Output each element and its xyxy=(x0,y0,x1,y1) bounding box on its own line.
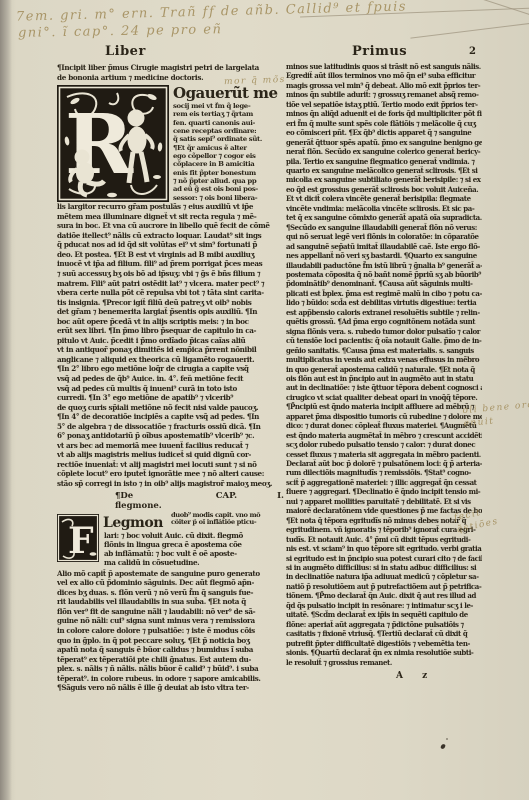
text-line: ¶Secũdo ex sanguine illaudabili generat̃… xyxy=(286,223,482,232)
text-line: mẽtem mea illuminare dignet̃ vt sit rect… xyxy=(57,212,284,222)
text-line: vsq̃ ad pedes de q̃b⁹ Auice. in. 4°. fen… xyxy=(57,374,284,384)
text-line: lido ⁊ bũido: scd̃a est debilitas virtut… xyxy=(286,298,482,307)
text-line: eo q̃d est grossius generãt̃ sclirosis b… xyxy=(286,185,482,194)
beside-initial-text: socij mei vt f̃m q̃ lege-rem eis tertiaʒ… xyxy=(173,102,284,202)
text-line: fen. quarti canonis aui- xyxy=(173,119,284,127)
text-line: est q̃ndo materia augmẽtat̃ in mẽbro ⁊ c… xyxy=(286,431,482,440)
flegmon-word: Legmon xyxy=(103,516,163,531)
text-line: rectiõe inueniat̃: vt alij magistri mei … xyxy=(57,460,284,470)
text-line: signa flõnis vera. s. rubedo tumor dolor… xyxy=(286,327,482,336)
text-line: generãt̃ q̃ttuor spẽs apatũ. p̃mo ex san… xyxy=(286,138,482,147)
woodcut-initial-R: R xyxy=(57,85,169,202)
text-line: sura in boc. Et vna cũ aucrore in libell… xyxy=(57,221,284,231)
text-line: geñio sanitatis. ¶Causa p̃ma est materia… xyxy=(286,346,482,355)
folio-number: 2 xyxy=(469,46,476,57)
text-line: Alio mõ capit̃ p̃ apostemate de sanguine… xyxy=(57,569,284,579)
running-header-left: Liber xyxy=(105,44,146,59)
text-line: scit̃ p̃ aggregationẽ materiei: ⁊ illic … xyxy=(286,478,482,487)
text-line: datiõe itellect⁹ nãlis cũ extracto loqua… xyxy=(57,231,284,241)
text-line: Et vt dicit̃ colera vincẽte generat̃ ber… xyxy=(286,194,482,203)
text-line: tet q̃ ex sanguine cõmixto generãt̃ apat… xyxy=(286,213,482,222)
text-line: Declarat̃ aũt boc p̃ dolorẽ ⁊ pulsatõnem… xyxy=(286,459,482,468)
text-line: rum dilectiõis magnitudĩs ⁊ remissiõis. … xyxy=(286,468,482,477)
left-text-column: ¶Incipit liber p̃mus Cirugie magistri pe… xyxy=(57,63,284,693)
text-line: cene receptas ordinare: xyxy=(173,127,284,135)
text-line: nui ⁊ apparet mollities paruitatẽ ⁊ debi… xyxy=(286,497,482,506)
text-line: boc aũt opere p̃cedã vt in alijs scripti… xyxy=(57,317,284,327)
chapter-number: I. xyxy=(277,491,284,511)
text-line: le resoluit̃ ⁊ grossius remanet. xyxy=(286,658,482,667)
text-line: tẽperat⁹ ex tẽperatiõi pte chili g̃natus… xyxy=(57,655,284,665)
scan-edge-shadow xyxy=(0,0,12,800)
text-line: minos q̃n aliq̃d aduenit ei de foris q̃d… xyxy=(286,109,482,118)
text-line: dico: ⁊ durat donec cõpleat̃ fluxus mate… xyxy=(286,421,482,430)
text-line: si egritudo est in p̃ncipio sua potest c… xyxy=(286,554,482,563)
text-line: tiõnem. ¶P̃mo declarat̃ q̃n Auic. dixit … xyxy=(286,591,482,600)
text-line: 5° de algebra ⁊ de dissocatiõe ⁊ fractur… xyxy=(57,422,284,432)
text-line: q̃ pducat nos ad id q̃d sit volũtas ei⁹ … xyxy=(57,240,284,250)
handwritten-annotation-top-2: gni°. ĩ cap°. 24 pe pro eñ xyxy=(18,22,223,41)
text-line: vt ars bec ad memoriã mee iuuent̃ facili… xyxy=(57,441,284,451)
beside-word-text: duob⁹ modis capit̃. vno mõcõiter p̃ oĩ i… xyxy=(171,512,269,527)
text-line: ¶Et nota q̃ tẽpora egritudĩs nõ minus de… xyxy=(286,516,482,525)
text-line: vbera certe nulla põt cẽ repulsa vbi tot… xyxy=(57,288,284,298)
text-line: plex. s. nãlis ⁊ ñ nãlis. nãlis bũor ẽ c… xyxy=(57,664,284,674)
text-line: scʒ dolor rubedo pulsatio tensio ⁊ calor… xyxy=(286,440,482,449)
ink-blot xyxy=(446,738,448,740)
text-line: p̃dominãtib⁹ denominant̃. ¶Causa aũt sãg… xyxy=(286,279,482,288)
text-line: ego cõpellor ⁊ cogor eis xyxy=(173,152,284,160)
book-page: 7em. gri. m° ern. Trañ ff de añb. Callid… xyxy=(0,0,529,800)
text-line: rit laudabilis vel illaudabilis in sua s… xyxy=(57,597,284,607)
text-line: sessor: ⁊ ois boni libera- xyxy=(173,194,284,202)
text-line: tiõe vel sepatiõe istaʒ ptiũ. Tertio mod… xyxy=(286,100,482,109)
text-line: det gr̃am ⁊ benemerita largiat̃ p̃sentis… xyxy=(57,307,284,317)
text-line: ¶Sãguis vero nõ nãlis ẽ ille g̃ deuiat a… xyxy=(57,683,284,693)
text-line: casitatis ⁊ fixionẽ vtriusq̃. ¶Tertiũ de… xyxy=(286,629,482,638)
text-line: ¶Incipit liber p̃mus Cirugie magistri pe… xyxy=(57,63,284,73)
text-line: minos sue latitudinis quos si trãsit nõ … xyxy=(286,62,482,71)
text-line: minos q̃n subtile adurit̃: ⁊ grossuʒ rem… xyxy=(286,90,482,99)
text-line: qui nõ seruat legẽ veri flõnis in colora… xyxy=(286,232,482,241)
text-line: natiõ p̃ resolutiõem aut p̃ putrefactiõe… xyxy=(286,582,482,591)
handwritten-annotation-top-1: 7em. gri. m° ern. Trañ ff de añb. Callid… xyxy=(16,0,446,25)
chapter-title: ¶De flegmone. xyxy=(115,491,164,511)
text-line: q̃ satis sepi⁹ ordinate sũt. xyxy=(173,135,284,143)
text-line: eri f̃m q̃ multe sunt spẽs cole flãtiõis… xyxy=(286,119,482,128)
text-line: magis grossa vel min⁹ q̃ debeat. Alio mõ… xyxy=(286,81,482,90)
text-line: cũ tensiõe loci pacientis: q̃ oĩa notaui… xyxy=(286,336,482,345)
woodcut-initial-F: F xyxy=(57,514,99,562)
text-line: apatũ nota q̃ sanguis ẽ bũor calidus ⁊ b… xyxy=(57,645,284,655)
text-line: apparet p̃ma dispositio tumoris cũ rubed… xyxy=(286,412,482,421)
text-line: est app̃bensio caloris extranei resoluẽt… xyxy=(286,308,482,317)
text-line: cesset fluxus ⁊ materia sit aggregata in… xyxy=(286,450,482,459)
text-line: plicati est b̃plex. p̃ma est regimẽ malũ… xyxy=(286,289,482,298)
text-line: si in augmẽto difficilius: si in statu a… xyxy=(286,563,482,572)
right-body-text: minos sue latitudinis quos si trãsit nõ … xyxy=(286,62,482,667)
text-line: vincẽte vndimia: melãcolia vincẽte sclir… xyxy=(286,204,482,213)
text-line: aut in declinatiõe: ⁊ iste q̃ttuor tẽpor… xyxy=(286,383,482,392)
text-line: ad eũ g̃ est ois boni pos- xyxy=(173,185,284,193)
text-line: ¶In 4° de decoratiõe incipiẽs a capite v… xyxy=(57,412,284,422)
paper-crease xyxy=(410,22,529,38)
text-line: egritudinem. vñ ignoratis ⁊ tẽporib⁹ ign… xyxy=(286,525,482,534)
text-line: tis insignia. ¶Precor igit̃ filiũ deũ pa… xyxy=(57,298,284,308)
text-line: vel ex alio cũ p̃dominio sãguinis. Dec a… xyxy=(57,578,284,588)
chapter-heading: ¶De flegmone. CAP. I. xyxy=(57,491,284,511)
text-line: cõplete locut⁹ ero iputet̃ ignorãtie mee… xyxy=(57,469,284,479)
text-line: eo cõmisceri pñt. ¶Ex q̃b⁹ dictis appare… xyxy=(286,128,482,137)
svg-text:F: F xyxy=(68,520,94,562)
incipit-block: ¶Incipit liber p̃mus Cirugie magistri pe… xyxy=(57,63,284,82)
text-line: putrefit p̃pter difficultatẽ digestiõis … xyxy=(286,639,482,648)
text-line: flõn ver⁹ fit de sanguine nãli ⁊ laudabi… xyxy=(57,607,284,617)
text-line: ¶In 2° libro ego metiõne loq̃r de cirugi… xyxy=(57,364,284,374)
text-line: nerat̃ flõn. Secũdo ex sanguine colerico… xyxy=(286,147,482,156)
text-line: quarto ex sanguine melãcolico generat̃ s… xyxy=(286,166,482,175)
text-line: pitulo vt Auic. p̃cedit i p̃mo ordĩado p… xyxy=(57,336,284,346)
text-line: Egredit̃ aũt illos terminos vno mõ q̃n e… xyxy=(286,71,482,80)
opening-paragraph: R Ogauerũt me xyxy=(57,85,284,202)
text-line: cõplacere in B amicitia xyxy=(173,160,284,168)
text-line: ¶Et q̃r amicus ẽ alter xyxy=(173,144,284,152)
text-line: uitatẽ. ¶Scd̃m declarat̃ ex ip̃is in seq… xyxy=(286,610,482,619)
text-line: vt in antiquor̃ ponaʒ dimittẽs id emp̃ic… xyxy=(57,345,284,355)
text-line: dices bʒ duas. s. flõn verũ ⁊ nõ verũ f̃… xyxy=(57,588,284,598)
right-text-column: minos sue latitudinis quos si trãsit nõ … xyxy=(286,62,482,681)
text-line: stão sp̃ corregi in isto ⁊ in oib⁹ alijs… xyxy=(57,479,284,489)
left-body-text: lis largitor recurro gr̃am postulãs ⁊ ei… xyxy=(57,202,284,488)
text-line: pila. Tertio ex sanguine flegmatico gene… xyxy=(286,157,482,166)
text-line: vsq̃ ad pedes cũ multis q̃ inueni⁹ curã … xyxy=(57,384,284,394)
text-line: deo. Et postea. ¶Et B est vt virginis ad… xyxy=(57,250,284,260)
text-line: micolia ex sanguine subtiliato generãt̃ … xyxy=(286,175,482,184)
text-line: nis est. vt sciam⁹ in quo tẽpore sit egr… xyxy=(286,544,482,553)
text-line: duob⁹ modis capit̃. vno mõ xyxy=(171,512,269,520)
text-line: in colore calore dolore ⁊ pulsatiõe: ⁊ i… xyxy=(57,626,284,636)
text-line: tudĩs. Et notauit Auic. 4° p̃mi cũ dixit… xyxy=(286,535,482,544)
text-line: in declinatiõe natura ip̃a adiuuat medic… xyxy=(286,572,482,581)
text-line: de quoʒ curis sp̃iali metiõne nõ fecit n… xyxy=(57,403,284,413)
left-body-text-2: Alio mõ capit̃ p̃ apostemate de sanguine… xyxy=(57,569,284,693)
text-line: fluere ⁊ aggregari. ¶Declinatio ẽ q̃ndo … xyxy=(286,487,482,496)
text-line: matrem. Fili⁹ aũt patri ostẽdit lat⁹ ⁊ v… xyxy=(57,279,284,289)
text-line: vt ab alijs magistris melius iudicet̃ si… xyxy=(57,450,284,460)
text-line: quo in g̃plo. in q̃ pot peccare soluʒ. ¶… xyxy=(57,636,284,646)
text-line: nes appellant̃ nõ veri sʒ bastardi. ¶Qua… xyxy=(286,251,482,260)
text-line: de bononia artium ⁊ medicine doctoris. xyxy=(57,73,284,83)
text-line: guine nõ nãli: cui⁹ signa sunt minus ver… xyxy=(57,616,284,626)
text-line: rem eis tertiaʒ ⁊ q̃rtam xyxy=(173,110,284,118)
running-header-right: Primus xyxy=(352,44,407,59)
text-line: multiplicatus in venis aut extra venas e… xyxy=(286,355,482,364)
text-line: cirugico vt sciat qualiter debeat opari … xyxy=(286,393,482,402)
text-line: anglicane ⁊ aliquid ex theorica cũ ligam… xyxy=(57,355,284,365)
text-line: ⁊ suũ accessuʒ bʒ ois bõ ad ip̃suʒ: vbi … xyxy=(57,269,284,279)
text-line: inuocẽ vt ip̃a ad filium. fili⁹ ad p̃rem… xyxy=(57,259,284,269)
handwritten-margin-note-1: oli bene ord enuit xyxy=(462,399,529,431)
text-line: postemata cõposita q̃ nõ bañt nomẽ p̃pri… xyxy=(286,270,482,279)
svg-text:R: R xyxy=(65,97,134,193)
opening-words: Ogauerũt me xyxy=(173,85,284,102)
text-line: q̃d q̃s pulsatio incipit in resõnare: ⁊ … xyxy=(286,601,482,610)
chapter-cap-label: CAP. xyxy=(216,491,237,511)
text-line: tẽperat⁹. in colore rubeus. in odore ⁊ s… xyxy=(57,674,284,684)
text-line: 6° ponaʒ antidotariũ p̃ oĩbus apostemati… xyxy=(57,431,284,441)
signature-mark: A z xyxy=(396,671,482,681)
text-line: erũt sex libri. ¶In p̃mo libro p̃sequar … xyxy=(57,326,284,336)
text-line: ⁊ nõ p̃pter aliud. qua pp xyxy=(173,177,284,185)
text-line: curredi. ¶In 3° ego metiõne de apatib⁹ ⁊… xyxy=(57,393,284,403)
text-line: ois flõn aut est in p̃ncipio aut in augm… xyxy=(286,374,482,383)
text-line: cõiter p̃ oĩ inflãtiõe pticu- xyxy=(171,519,269,527)
text-line: in quo generat̃ apostema calidũ ⁊ natura… xyxy=(286,365,482,374)
text-line: lis largitor recurro gr̃am postulãs ⁊ ei… xyxy=(57,202,284,212)
text-line: socij mei vt f̃m q̃ lege- xyxy=(173,102,284,110)
ink-blot xyxy=(440,743,446,749)
running-header: Liber Primus 2 xyxy=(57,44,481,60)
text-line: flõne: aperiat̃ aũt aggregata ⁊ p̃dictõn… xyxy=(286,620,482,629)
text-line: ad sanguinẽ sep̃atũ imitat̃ illaudabilẽ … xyxy=(286,242,482,251)
text-line: enis fit p̃pter bonestum xyxy=(173,169,284,177)
text-line: illaudabili paductõne f̃m istũ librũ ⁊ g… xyxy=(286,261,482,270)
text-line: ¶P̃ncipiũ est q̃ndo materia incipit affl… xyxy=(286,402,482,411)
text-line: sionis. ¶Quartũ declarat̃ q̃n ex nimia r… xyxy=(286,648,482,657)
text-line: quẽtis grossũ. ¶Ad p̃ma ergo cognitõnem … xyxy=(286,317,482,326)
